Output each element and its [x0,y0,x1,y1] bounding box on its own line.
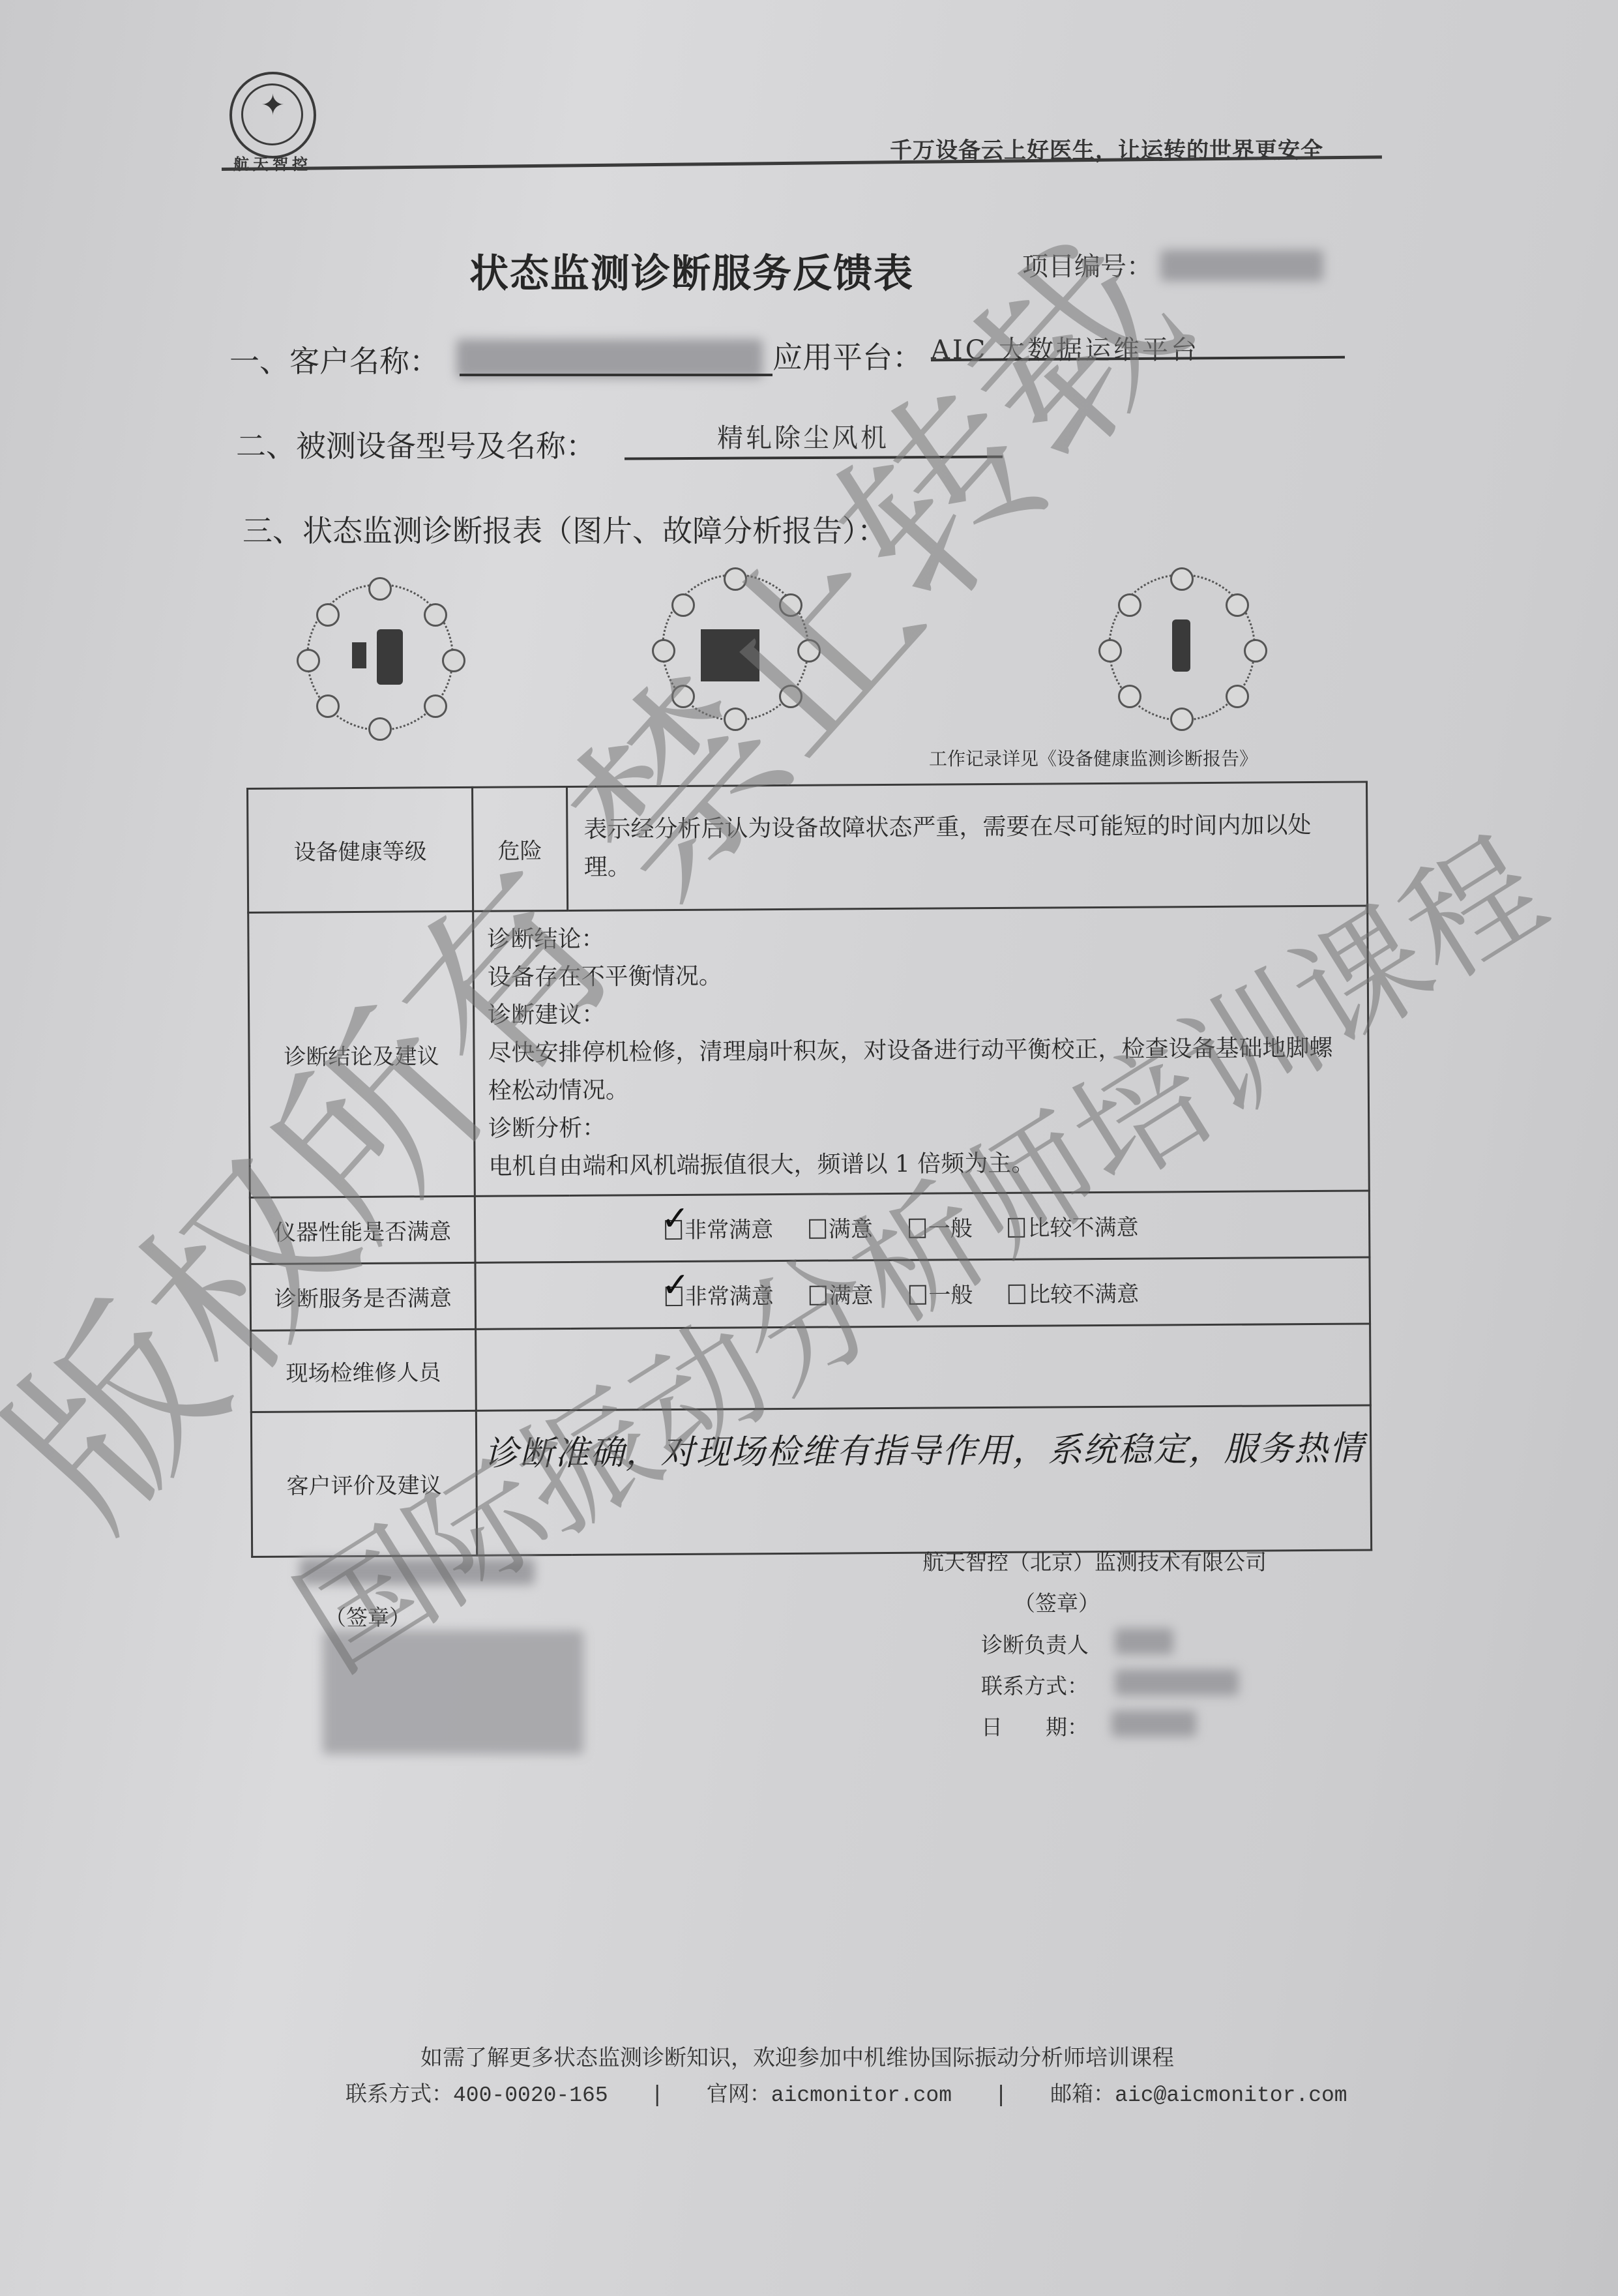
aerospace-globe-emblem-icon: ✦ [232,89,314,122]
checkbox[interactable] [809,1286,826,1305]
page-title: 状态监测诊断服务反馈表 [469,243,914,299]
instrument-option-very-satisfied[interactable]: ✓非常满意 [665,1212,773,1244]
option-label: 非常满意 [684,1217,773,1244]
instrument-satisfaction-options: ✓非常满意 满意 一般 比较不满意 [475,1191,1370,1262]
footer-contact-label: 联系方式： [346,2081,453,2106]
instrument-option-average[interactable]: 一般 [909,1210,973,1243]
diagram-node [1170,567,1194,591]
customer-name-redacted [456,339,763,378]
health-label: 设备健康等级 [248,787,473,912]
sensor-device-icon [1172,619,1190,672]
project-number-label: 项目编号： [1022,246,1153,283]
health-description: 表示经分析后认为设备故障状态严重，需要在尽可能短的时间内加以处理。 [567,782,1368,910]
checkbox[interactable] [1008,1285,1025,1304]
footer-email-label: 邮箱： [1050,2081,1115,2106]
footer-promo: 如需了解更多状态监测诊断知识，欢迎参加中机维协国际振动分析师培训课程 [420,2040,1174,2072]
service-option-very-satisfied[interactable]: ✓非常满意 [666,1278,774,1311]
footer-separator: | [997,2081,1005,2106]
responsible-value-redacted [1115,1628,1173,1654]
checkbox[interactable] [909,1219,926,1238]
option-label: 比较不满意 [1027,1215,1138,1242]
option-label: 比较不满意 [1028,1281,1139,1308]
footer-separator: | [654,2081,661,2106]
feedback-table: 设备健康等级 危险 表示经分析后认为设备故障状态严重，需要在尽可能短的时间内加以… [246,781,1372,1557]
service-satisfaction-options: ✓非常满意 满意 一般 比较不满意 [475,1257,1370,1329]
onsite-staff-row: 现场检维修人员 [251,1324,1371,1412]
footer-email-link[interactable]: aic@aicmonitor.com [1115,2083,1347,2108]
suggestion-heading: 诊断建议： [488,992,1354,1035]
diagram-node [652,639,675,663]
date-label: 日 期： [981,1710,1089,1741]
sensor-icon [352,642,366,668]
device-icon [377,629,403,685]
diagram-node [1098,639,1122,663]
diagram-2 [636,567,831,724]
instrument-satisfaction-label: 仪器性能是否满意 [250,1196,475,1264]
suggestion-text: 尽快安排停机检修，清理扇叶积灰，对设备进行动平衡校正，检查设备基础地脚螺栓松动情… [488,1030,1355,1111]
right-company: 航天智控（北京）监测技术有限公司 [922,1545,1267,1576]
diagram-node [368,577,392,601]
footer-phone[interactable]: 400-0020-165 [453,2083,608,2108]
analysis-heading: 诊断分析： [488,1105,1355,1148]
checkbox[interactable] [1008,1218,1025,1238]
option-label: 满意 [829,1216,873,1242]
customer-name-underline [460,374,772,376]
diagram-node [424,694,447,718]
diagram-node [368,717,392,741]
footer-website-link[interactable]: aicmonitor.com [771,2083,952,2108]
instrument-option-unsatisfied[interactable]: 比较不满意 [1008,1210,1138,1242]
checkmark-icon: ✓ [661,1266,690,1305]
left-company-redacted [300,1558,535,1585]
service-option-unsatisfied[interactable]: 比较不满意 [1008,1276,1139,1309]
instrument-option-satisfied[interactable]: 满意 [809,1211,873,1244]
diagnosis-label: 诊断结论及建议 [248,911,475,1197]
responsible-label: 诊断负责人 [981,1628,1089,1659]
option-label: 一般 [928,1282,973,1308]
customer-feedback-cell[interactable]: 诊断准确，对现场检维有指导作用，系统稳定，服务热情 [476,1405,1371,1555]
customer-name-label: 一、客户名称： [229,338,439,381]
checkmark-icon: ✓ [661,1199,690,1238]
left-stamp-label: （签章） [325,1601,411,1632]
equipment-value: 精轧除尘风机 [717,417,889,455]
right-stamp-label: （签章） [1014,1587,1100,1617]
instrument-satisfaction-row: 仪器性能是否满意 ✓非常满意 满意 一般 比较不满意 [250,1191,1370,1264]
service-satisfaction-row: 诊断服务是否满意 ✓非常满意 满意 一般 比较不满意 [250,1257,1370,1330]
conclusion-text: 设备存在不平衡情况。 [488,954,1354,997]
diagram-node [1226,685,1249,708]
left-details-redacted [323,1630,583,1754]
date-value-redacted [1111,1710,1196,1737]
diagram-node [316,694,340,718]
report-reference-note: 工作记录详见《设备健康监测诊断报告》 [929,745,1258,771]
service-satisfaction-label: 诊断服务是否满意 [250,1262,476,1330]
diagram-node [442,649,465,672]
diagram-node [779,685,802,708]
diagram-node [1118,685,1141,708]
footer-website-label: 官网： [707,2081,771,2106]
onsite-staff-label: 现场检维修人员 [251,1329,477,1412]
contact-label: 联系方式： [981,1669,1089,1700]
option-label: 一般 [928,1215,973,1242]
diagram-node [1244,639,1267,663]
diagram-node [797,639,821,663]
customer-feedback-label: 客户评价及建议 [251,1410,477,1557]
report-section-label: 三、状态监测诊断报表（图片、故障分析报告）： [243,507,887,550]
conclusion-heading: 诊断结论： [487,916,1353,959]
diagram-node [779,593,802,617]
platform-label: 应用平台： [772,334,922,377]
equipment-underline [625,455,1003,460]
diagram-node [724,567,747,591]
diagram-node [724,708,747,731]
diagram-node [316,603,340,627]
footer-contact-line: 联系方式：400-0020-165|官网：aicmonitor.com|邮箱：a… [346,2077,1347,2108]
diagram-node [671,685,695,708]
health-row: 设备健康等级 危险 表示经分析后认为设备故障状态严重，需要在尽可能短的时间内加以… [248,782,1368,912]
health-level: 危险 [473,786,568,911]
diagram-node [1170,708,1194,731]
diagram-node [424,603,447,627]
onsite-staff-value[interactable] [476,1324,1371,1410]
diagram-node [671,593,695,617]
diagram-node [297,649,320,672]
checkbox[interactable] [809,1219,826,1239]
customer-feedback-text: 诊断准确，对现场检维有指导作用，系统稳定，服务热情 [478,1420,1369,1474]
checkbox[interactable] [909,1285,926,1305]
diagnosis-content: 诊断结论： 设备存在不平衡情况。 诊断建议： 尽快安排停机检修，清理扇叶积灰，对… [473,906,1370,1196]
company-logo: ✦ [229,72,316,158]
analysis-text: 电机自由端和风机端振值很大，频谱以 1 倍频为主。 [488,1143,1355,1186]
customer-feedback-row: 客户评价及建议 诊断准确，对现场检维有指导作用，系统稳定，服务热情 [251,1405,1371,1557]
logo-text: 航天智控 [233,151,312,174]
option-label: 满意 [829,1283,873,1309]
service-option-average[interactable]: 一般 [909,1277,973,1309]
diagram-1 [280,577,476,734]
option-label: 非常满意 [685,1283,774,1310]
project-number-value-redacted [1160,250,1323,281]
factory-icon [701,629,759,681]
contact-value-redacted [1115,1669,1239,1695]
diagram-3 [1082,567,1278,724]
diagnosis-row: 诊断结论及建议 诊断结论： 设备存在不平衡情况。 诊断建议： 尽快安排停机检修，… [248,906,1370,1197]
equipment-label: 二、被测设备型号及名称： [236,423,596,466]
service-option-satisfied[interactable]: 满意 [809,1277,873,1310]
diagram-node [1226,593,1249,617]
diagram-node [1118,593,1141,617]
